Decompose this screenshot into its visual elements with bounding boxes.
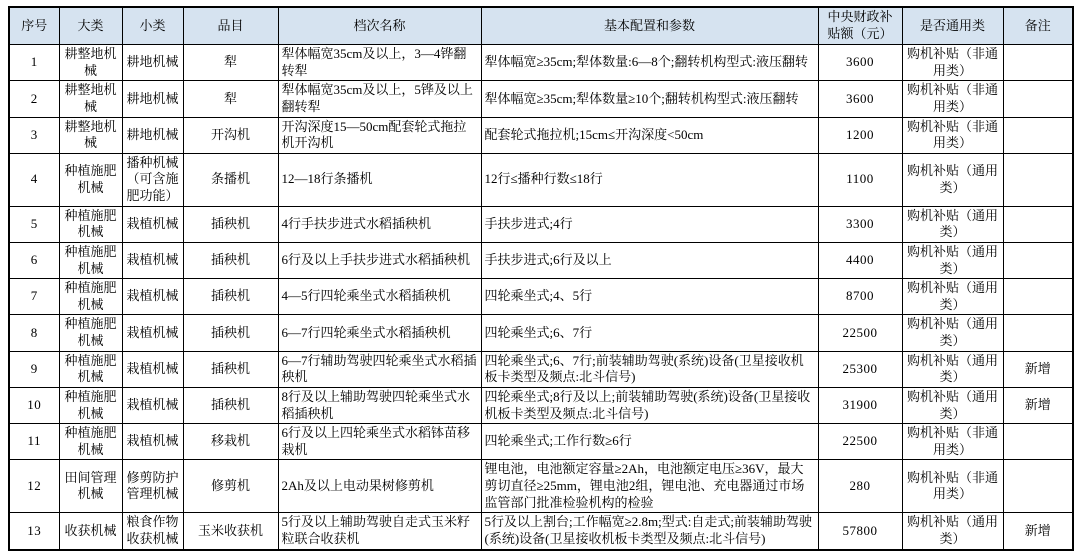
cell-r10-c7: 购机补贴（通用类） <box>902 387 1003 423</box>
cell-r2-c3: 犁 <box>183 81 278 117</box>
cell-r11-c6: 22500 <box>818 424 902 460</box>
table-row: 7种植施肥机械栽植机械插秧机4—5行四轮乘坐式水稻插秧机四轮乘坐式;4、5行87… <box>9 279 1073 315</box>
cell-r1-c1: 耕整地机械 <box>59 45 122 81</box>
cell-r2-c6: 3600 <box>818 81 902 117</box>
cell-r8-c1: 种植施肥机械 <box>59 315 122 351</box>
cell-r2-c8 <box>1003 81 1073 117</box>
cell-r5-c2: 栽植机械 <box>122 206 183 242</box>
cell-r8-c8 <box>1003 315 1073 351</box>
cell-r4-c2: 播种机械（可含施肥功能） <box>122 153 183 206</box>
cell-r3-c0: 3 <box>9 117 59 153</box>
table-body: 1耕整地机械耕地机械犁犁体幅宽35cm及以上，3—4铧翻转犁犁体幅宽≥35cm;… <box>9 45 1073 550</box>
table-row: 11种植施肥机械栽植机械移栽机6行及以上四轮乘坐式水稻钵苗移栽机四轮乘坐式;工作… <box>9 424 1073 460</box>
subsidy-table: 序号大类小类品目档次名称基本配置和参数中央财政补贴额（元）是否通用类备注 1耕整… <box>8 6 1074 551</box>
cell-r1-c7: 购机补贴（非通用类） <box>902 45 1003 81</box>
cell-r5-c4: 4行手扶步进式水稻插秧机 <box>278 206 481 242</box>
cell-r1-c2: 耕地机械 <box>122 45 183 81</box>
cell-r11-c0: 11 <box>9 424 59 460</box>
cell-r2-c0: 2 <box>9 81 59 117</box>
cell-r11-c3: 移栽机 <box>183 424 278 460</box>
table-row: 3耕整地机械耕地机械开沟机开沟深度15—50cm配套轮式拖拉机开沟机配套轮式拖拉… <box>9 117 1073 153</box>
column-header-2: 小类 <box>122 7 183 45</box>
cell-r2-c7: 购机补贴（非通用类） <box>902 81 1003 117</box>
table-row: 12田间管理机械修剪防护管理机械修剪机2Ah及以上电动果树修剪机锂电池，电池额定… <box>9 460 1073 513</box>
cell-r10-c6: 31900 <box>818 387 902 423</box>
cell-r10-c1: 种植施肥机械 <box>59 387 122 423</box>
cell-r8-c7: 购机补贴（通用类） <box>902 315 1003 351</box>
cell-r7-c8 <box>1003 279 1073 315</box>
cell-r1-c0: 1 <box>9 45 59 81</box>
column-header-0: 序号 <box>9 7 59 45</box>
cell-r9-c6: 25300 <box>818 351 902 387</box>
cell-r4-c7: 购机补贴（通用类） <box>902 153 1003 206</box>
cell-r10-c3: 插秧机 <box>183 387 278 423</box>
cell-r12-c5: 锂电池，电池额定容量≥2Ah，电池额定电压≥36V，最大剪切直径≥25mm，锂电… <box>481 460 818 513</box>
cell-r7-c2: 栽植机械 <box>122 279 183 315</box>
cell-r7-c6: 8700 <box>818 279 902 315</box>
column-header-3: 品目 <box>183 7 278 45</box>
cell-r3-c8 <box>1003 117 1073 153</box>
cell-r5-c8 <box>1003 206 1073 242</box>
cell-r6-c3: 插秧机 <box>183 242 278 278</box>
cell-r7-c4: 4—5行四轮乘坐式水稻插秧机 <box>278 279 481 315</box>
cell-r8-c5: 四轮乘坐式;6、7行 <box>481 315 818 351</box>
cell-r7-c1: 种植施肥机械 <box>59 279 122 315</box>
table-row: 10种植施肥机械栽植机械插秧机8行及以上辅助驾驶四轮乘坐式水稻插秧机四轮乘坐式;… <box>9 387 1073 423</box>
cell-r11-c7: 购机补贴（非通用类） <box>902 424 1003 460</box>
cell-r8-c6: 22500 <box>818 315 902 351</box>
cell-r3-c3: 开沟机 <box>183 117 278 153</box>
column-header-5: 基本配置和参数 <box>481 7 818 45</box>
cell-r11-c8 <box>1003 424 1073 460</box>
cell-r13-c6: 57800 <box>818 513 902 550</box>
cell-r10-c4: 8行及以上辅助驾驶四轮乘坐式水稻插秧机 <box>278 387 481 423</box>
cell-r11-c5: 四轮乘坐式;工作行数≥6行 <box>481 424 818 460</box>
cell-r5-c3: 插秧机 <box>183 206 278 242</box>
column-header-6: 中央财政补贴额（元） <box>818 7 902 45</box>
cell-r2-c5: 犁体幅宽≥35cm;犁体数量≥10个;翻转机构型式:液压翻转 <box>481 81 818 117</box>
cell-r12-c1: 田间管理机械 <box>59 460 122 513</box>
cell-r2-c4: 犁体幅宽35cm及以上，5铧及以上翻转犁 <box>278 81 481 117</box>
cell-r3-c5: 配套轮式拖拉机;15cm≤开沟深度<50cm <box>481 117 818 153</box>
cell-r9-c2: 栽植机械 <box>122 351 183 387</box>
cell-r9-c7: 购机补贴（通用类） <box>902 351 1003 387</box>
cell-r9-c4: 6—7行辅助驾驶四轮乘坐式水稻插秧机 <box>278 351 481 387</box>
cell-r4-c0: 4 <box>9 153 59 206</box>
cell-r6-c1: 种植施肥机械 <box>59 242 122 278</box>
column-header-8: 备注 <box>1003 7 1073 45</box>
cell-r11-c1: 种植施肥机械 <box>59 424 122 460</box>
cell-r8-c4: 6—7行四轮乘坐式水稻插秧机 <box>278 315 481 351</box>
cell-r13-c7: 购机补贴（通用类） <box>902 513 1003 550</box>
cell-r13-c5: 5行及以上割台;工作幅宽≥2.8m;型式:自走式;前装辅助驾驶(系统)设备(卫星… <box>481 513 818 550</box>
cell-r12-c4: 2Ah及以上电动果树修剪机 <box>278 460 481 513</box>
cell-r2-c1: 耕整地机械 <box>59 81 122 117</box>
cell-r3-c6: 1200 <box>818 117 902 153</box>
cell-r1-c4: 犁体幅宽35cm及以上，3—4铧翻转犁 <box>278 45 481 81</box>
cell-r2-c2: 耕地机械 <box>122 81 183 117</box>
cell-r6-c5: 手扶步进式;6行及以上 <box>481 242 818 278</box>
cell-r4-c3: 条播机 <box>183 153 278 206</box>
cell-r9-c5: 四轮乘坐式;6、7行;前装辅助驾驶(系统)设备(卫星接收机板卡类型及频点:北斗信… <box>481 351 818 387</box>
column-header-1: 大类 <box>59 7 122 45</box>
cell-r10-c5: 四轮乘坐式;8行及以上;前装辅助驾驶(系统)设备(卫星接收机板卡类型及频点:北斗… <box>481 387 818 423</box>
column-header-4: 档次名称 <box>278 7 481 45</box>
header-row: 序号大类小类品目档次名称基本配置和参数中央财政补贴额（元）是否通用类备注 <box>9 7 1073 45</box>
cell-r6-c6: 4400 <box>818 242 902 278</box>
table-row: 9种植施肥机械栽植机械插秧机6—7行辅助驾驶四轮乘坐式水稻插秧机四轮乘坐式;6、… <box>9 351 1073 387</box>
table-row: 13收获机械粮食作物收获机械玉米收获机5行及以上辅助驾驶自走式玉米籽粒联合收获机… <box>9 513 1073 550</box>
cell-r5-c5: 手扶步进式;4行 <box>481 206 818 242</box>
cell-r5-c1: 种植施肥机械 <box>59 206 122 242</box>
cell-r3-c4: 开沟深度15—50cm配套轮式拖拉机开沟机 <box>278 117 481 153</box>
cell-r4-c6: 1100 <box>818 153 902 206</box>
cell-r8-c3: 插秧机 <box>183 315 278 351</box>
cell-r7-c0: 7 <box>9 279 59 315</box>
cell-r4-c8 <box>1003 153 1073 206</box>
cell-r12-c6: 280 <box>818 460 902 513</box>
cell-r4-c1: 种植施肥机械 <box>59 153 122 206</box>
cell-r6-c7: 购机补贴（通用类） <box>902 242 1003 278</box>
cell-r13-c8: 新增 <box>1003 513 1073 550</box>
cell-r6-c0: 6 <box>9 242 59 278</box>
cell-r10-c8: 新增 <box>1003 387 1073 423</box>
cell-r7-c5: 四轮乘坐式;4、5行 <box>481 279 818 315</box>
cell-r13-c3: 玉米收获机 <box>183 513 278 550</box>
column-header-7: 是否通用类 <box>902 7 1003 45</box>
table-row: 5种植施肥机械栽植机械插秧机4行手扶步进式水稻插秧机手扶步进式;4行3300购机… <box>9 206 1073 242</box>
table-row: 8种植施肥机械栽植机械插秧机6—7行四轮乘坐式水稻插秧机四轮乘坐式;6、7行22… <box>9 315 1073 351</box>
table-row: 4种植施肥机械播种机械（可含施肥功能）条播机12—18行条播机12行≤播种行数≤… <box>9 153 1073 206</box>
table-row: 2耕整地机械耕地机械犁犁体幅宽35cm及以上，5铧及以上翻转犁犁体幅宽≥35cm… <box>9 81 1073 117</box>
cell-r13-c4: 5行及以上辅助驾驶自走式玉米籽粒联合收获机 <box>278 513 481 550</box>
cell-r7-c3: 插秧机 <box>183 279 278 315</box>
cell-r7-c7: 购机补贴（通用类） <box>902 279 1003 315</box>
cell-r13-c1: 收获机械 <box>59 513 122 550</box>
cell-r11-c4: 6行及以上四轮乘坐式水稻钵苗移栽机 <box>278 424 481 460</box>
cell-r5-c7: 购机补贴（通用类） <box>902 206 1003 242</box>
cell-r5-c6: 3300 <box>818 206 902 242</box>
cell-r8-c0: 8 <box>9 315 59 351</box>
cell-r4-c4: 12—18行条播机 <box>278 153 481 206</box>
cell-r4-c5: 12行≤播种行数≤18行 <box>481 153 818 206</box>
cell-r11-c2: 栽植机械 <box>122 424 183 460</box>
cell-r12-c8 <box>1003 460 1073 513</box>
cell-r10-c0: 10 <box>9 387 59 423</box>
cell-r13-c0: 13 <box>9 513 59 550</box>
table-row: 6种植施肥机械栽植机械插秧机6行及以上手扶步进式水稻插秧机手扶步进式;6行及以上… <box>9 242 1073 278</box>
cell-r1-c8 <box>1003 45 1073 81</box>
cell-r6-c2: 栽植机械 <box>122 242 183 278</box>
cell-r3-c7: 购机补贴（非通用类） <box>902 117 1003 153</box>
cell-r1-c6: 3600 <box>818 45 902 81</box>
cell-r9-c3: 插秧机 <box>183 351 278 387</box>
cell-r9-c8: 新增 <box>1003 351 1073 387</box>
cell-r3-c1: 耕整地机械 <box>59 117 122 153</box>
cell-r10-c2: 栽植机械 <box>122 387 183 423</box>
cell-r6-c8 <box>1003 242 1073 278</box>
cell-r12-c7: 购机补贴（非通用类） <box>902 460 1003 513</box>
cell-r9-c0: 9 <box>9 351 59 387</box>
table-row: 1耕整地机械耕地机械犁犁体幅宽35cm及以上，3—4铧翻转犁犁体幅宽≥35cm;… <box>9 45 1073 81</box>
cell-r9-c1: 种植施肥机械 <box>59 351 122 387</box>
cell-r12-c2: 修剪防护管理机械 <box>122 460 183 513</box>
cell-r13-c2: 粮食作物收获机械 <box>122 513 183 550</box>
cell-r5-c0: 5 <box>9 206 59 242</box>
cell-r1-c5: 犁体幅宽≥35cm;犁体数量:6—8个;翻转机构型式:液压翻转 <box>481 45 818 81</box>
cell-r12-c0: 12 <box>9 460 59 513</box>
cell-r6-c4: 6行及以上手扶步进式水稻插秧机 <box>278 242 481 278</box>
cell-r3-c2: 耕地机械 <box>122 117 183 153</box>
cell-r12-c3: 修剪机 <box>183 460 278 513</box>
cell-r1-c3: 犁 <box>183 45 278 81</box>
cell-r8-c2: 栽植机械 <box>122 315 183 351</box>
